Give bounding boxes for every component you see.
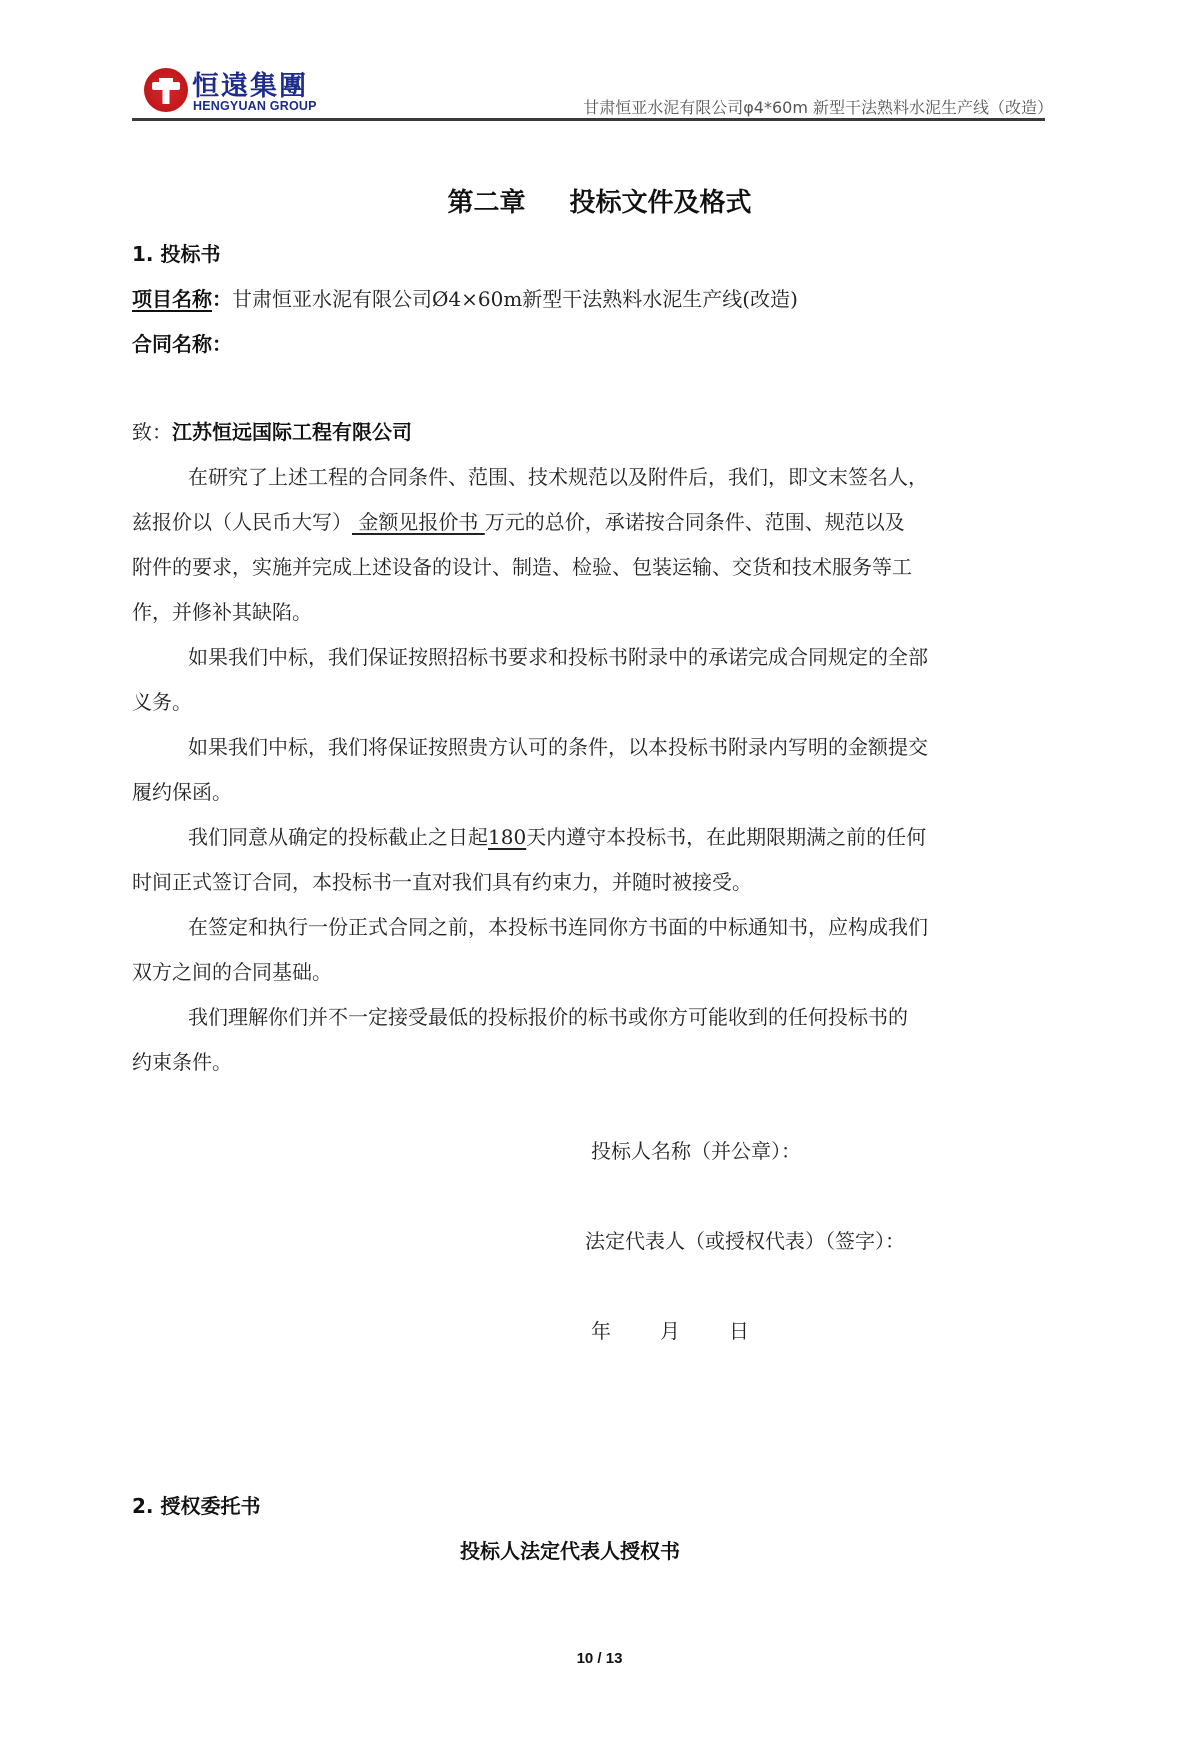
- chapter-name: 投标文件及格式: [570, 188, 752, 218]
- paragraph-line: 双方之间的合同基础。: [132, 956, 332, 985]
- legal-representative-field-label: 法定代表人（或授权代表）（签字）：: [585, 1225, 905, 1254]
- text-span: 天内遵守本投标书，在此期限期满之前的任何: [526, 825, 926, 849]
- addressee-company: 江苏恒远国际工程有限公司: [172, 420, 412, 444]
- paragraph-line: 我们同意从确定的投标截止之日起180天内遵守本投标书，在此期限期满之前的任何: [188, 821, 926, 850]
- paragraph-line: 作，并修补其缺陷。: [132, 596, 312, 625]
- addressee-line: 致：江苏恒远国际工程有限公司: [132, 416, 412, 445]
- paragraph-line: 履约保函。: [132, 776, 232, 805]
- paragraph-line: 义务。: [132, 686, 192, 715]
- addressee-label: 致：: [132, 420, 172, 444]
- paragraph-line: 如果我们中标，我们保证按照招标书要求和投标书附录中的承诺完成合同规定的全部: [188, 641, 928, 670]
- header-divider: [132, 118, 1045, 121]
- chapter-title: 第二章投标文件及格式: [0, 182, 1199, 219]
- header-project-title: 甘肃恒亚水泥有限公司φ4*60m 新型干法熟料水泥生产线（改造）: [583, 95, 1053, 118]
- company-logo: 恒遠集團 HENGYUAN GROUP: [140, 64, 350, 116]
- power-of-attorney-subtitle: 投标人法定代表人授权书: [460, 1535, 680, 1564]
- validity-days: 180: [488, 825, 526, 849]
- project-name-line: 项目名称：甘肃恒亚水泥有限公司Ø4×60m新型干法熟料水泥生产线(改造): [132, 283, 798, 312]
- paragraph-line: 如果我们中标，我们将保证按照贵方认可的条件，以本投标书附录内写明的金额提交: [188, 731, 928, 760]
- chapter-number: 第二章: [447, 188, 525, 218]
- date-month-label: 月: [660, 1315, 680, 1344]
- project-name-label: 项目名称: [132, 287, 212, 311]
- text-span: 兹报价以（人民币大写）: [132, 510, 352, 534]
- hengyuan-logo-icon: [144, 68, 188, 112]
- section-heading-power-of-attorney: 2. 授权委托书: [132, 1490, 260, 1519]
- section-heading-bid-letter: 1. 投标书: [132, 238, 220, 267]
- paragraph-line: 时间正式签订合同，本投标书一直对我们具有约束力，并随时被接受。: [132, 866, 752, 895]
- paragraph-line: 在研究了上述工程的合同条件、范围、技术规范以及附件后，我们，即文末签名人，: [188, 461, 928, 490]
- paragraph-line: 我们理解你们并不一定接受最低的投标报价的标书或你方可能收到的任何投标书的: [188, 1001, 908, 1030]
- bid-amount-blank: 金额见报价书: [352, 510, 485, 534]
- text-span: 我们同意从确定的投标截止之日起: [188, 825, 488, 849]
- paragraph-line: 附件的要求，实施并完成上述设备的设计、制造、检验、包装运输、交货和技术服务等工: [132, 551, 912, 580]
- page-number: 10 / 13: [0, 1650, 1199, 1667]
- contract-name-label: 合同名称：: [132, 328, 232, 357]
- project-name-value: 甘肃恒亚水泥有限公司Ø4×60m新型干法熟料水泥生产线(改造): [232, 287, 798, 311]
- date-day-label: 日: [729, 1315, 749, 1344]
- project-name-colon: ：: [212, 287, 232, 311]
- paragraph-line: 在签定和执行一份正式合同之前，本投标书连同你方书面的中标通知书，应构成我们: [188, 911, 928, 940]
- logo-chinese-name: 恒遠集團: [192, 64, 308, 103]
- bidder-name-field-label: 投标人名称（并公章）：: [591, 1135, 801, 1164]
- logo-english-name: HENGYUAN GROUP: [193, 99, 317, 113]
- date-year-label: 年: [591, 1315, 611, 1344]
- text-span: 万元的总价，承诺按合同条件、范围、规范以及: [485, 510, 905, 534]
- paragraph-line: 兹报价以（人民币大写） 金额见报价书 万元的总价，承诺按合同条件、范围、规范以及: [132, 506, 905, 535]
- paragraph-line: 约束条件。: [132, 1046, 232, 1075]
